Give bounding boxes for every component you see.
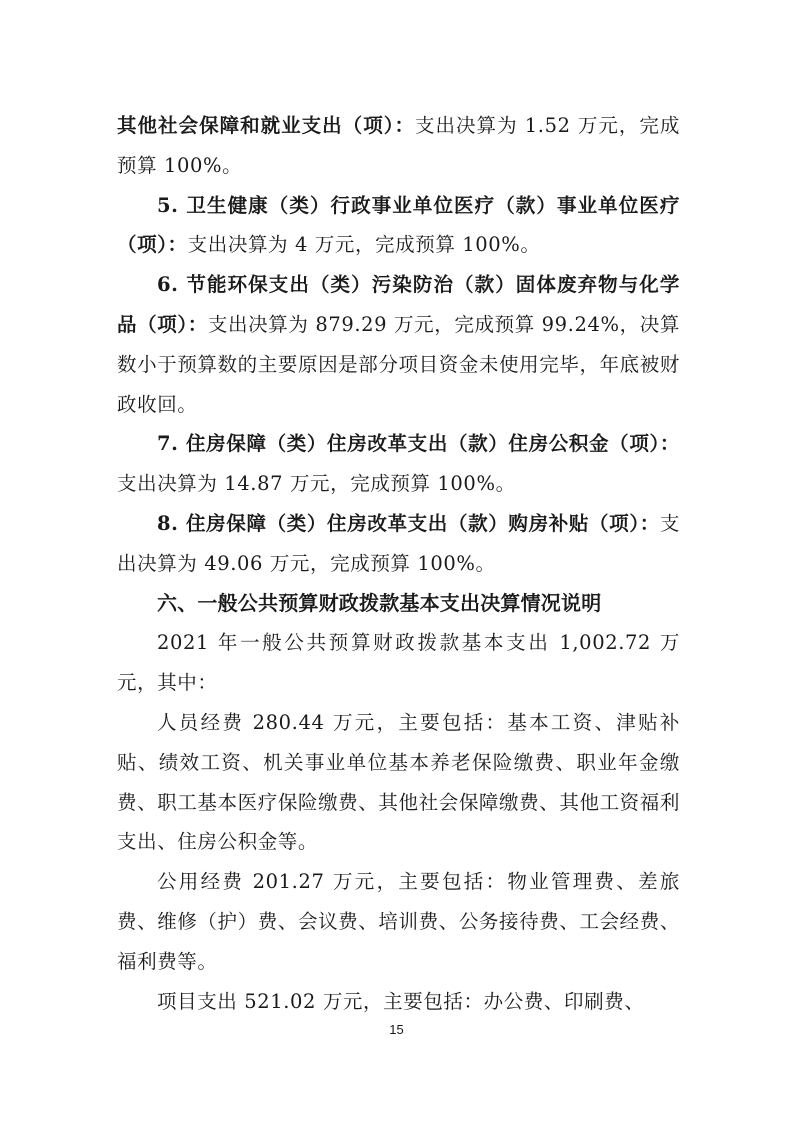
item-heading: 其他社会保障和就业支出（项）： <box>117 114 415 137</box>
paragraph-item-7: 7. 住房保障（类）住房改革支出（款）住房公积金（项）：支出决算为 14.87 … <box>117 424 680 504</box>
item-heading: 8. 住房保障（类）住房改革支出（款）购房补贴（项）： <box>157 512 660 535</box>
document-page: 其他社会保障和就业支出（项）：支出决算为 1.52 万元，完成预算 100%。 … <box>0 0 793 1122</box>
paragraph-personnel-expenses: 人员经费 280.44 万元，主要包括：基本工资、津贴补贴、绩效工资、机关事业单… <box>117 703 680 862</box>
paragraph-other-social-security: 其他社会保障和就业支出（项）：支出决算为 1.52 万元，完成预算 100%。 <box>117 106 680 186</box>
item-heading: 7. 住房保障（类）住房改革支出（款）住房公积金（项）： <box>157 432 680 455</box>
paragraph-item-5: 5. 卫生健康（类）行政事业单位医疗（款）事业单位医疗（项）：支出决算为 4 万… <box>117 186 680 266</box>
item-text: 支出决算为 14.87 万元，完成预算 100%。 <box>117 472 516 495</box>
section-heading: 六、一般公共预算财政拨款基本支出决算情况说明 <box>117 584 680 624</box>
paragraph-project-expenses: 项目支出 521.02 万元，主要包括：办公费、印刷费、 <box>117 982 680 1022</box>
item-text: 支出决算为 4 万元，完成预算 100%。 <box>188 233 541 256</box>
paragraph-item-6: 6. 节能环保支出（类）污染防治（款）固体废弃物与化学品（项）：支出决算为 87… <box>117 265 680 424</box>
paragraph-item-8: 8. 住房保障（类）住房改革支出（款）购房补贴（项）：支出决算为 49.06 万… <box>117 504 680 584</box>
paragraph-total-basic-expenditure: 2021 年一般公共预算财政拨款基本支出 1,002.72 万元，其中： <box>117 623 680 703</box>
page-number: 15 <box>0 1022 793 1037</box>
document-body: 其他社会保障和就业支出（项）：支出决算为 1.52 万元，完成预算 100%。 … <box>117 106 680 1021</box>
paragraph-public-expenses: 公用经费 201.27 万元，主要包括：物业管理费、差旅费、维修（护）费、会议费… <box>117 862 680 981</box>
